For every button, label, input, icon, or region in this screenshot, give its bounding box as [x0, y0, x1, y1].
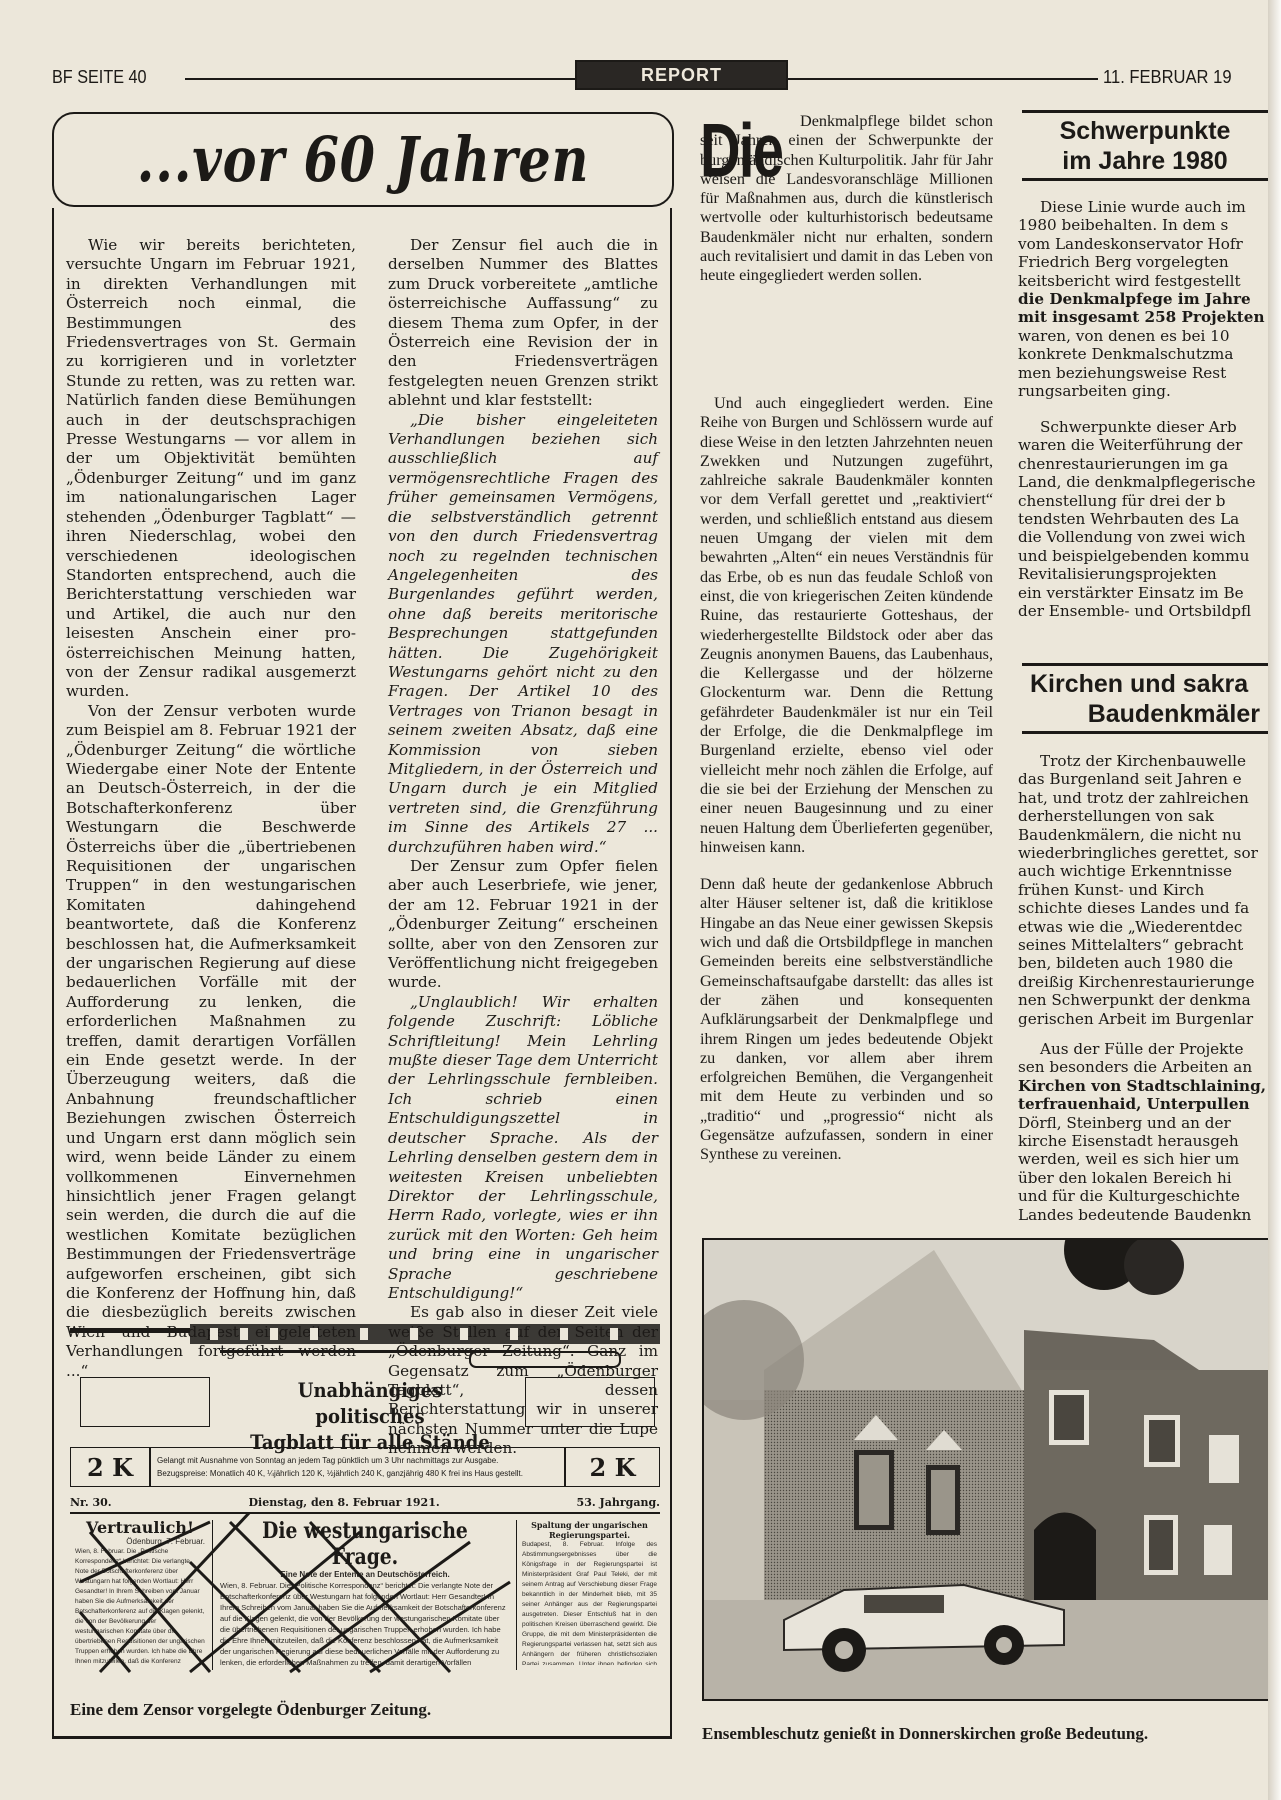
text-line: keitsbericht wird festgestellt [1018, 272, 1281, 290]
middle-article-lead: Denkmalpflege bildet schon seit Jahren e… [700, 112, 993, 286]
text-line: sen besonders die Arbeiten an [1018, 1058, 1281, 1076]
text-line: frühen Kunst- und Kirch [1018, 881, 1281, 899]
page-edge [1268, 0, 1281, 1800]
right-text-block-3: Trotz der Kirchenbauwelle das Burgenland… [1018, 752, 1281, 1028]
article-column-1: Wie wir bereits berichteten, versuchte U… [66, 236, 356, 1381]
issue-number: Nr. 30. [70, 1496, 112, 1509]
page-number: BF SEITE 40 [52, 67, 147, 88]
text-line: nen Schwerpunkt der denkma [1018, 991, 1281, 1009]
frame-bottom-rule [52, 1736, 672, 1739]
heading-rule-bottom [1022, 178, 1268, 181]
text-line: Aus der Fülle der Projekte [1018, 1040, 1281, 1058]
heading-line: Baudenkmäler [1022, 699, 1268, 729]
publication-date: Dienstag, den 8. Februar 1921. [249, 1496, 440, 1509]
frame-left-rule [52, 208, 54, 1738]
text-line: derherstellungen von sak [1018, 807, 1281, 825]
volume: 53. Jahrgang. [577, 1496, 660, 1509]
text-line: auch wichtige Erkenntnisse [1018, 862, 1281, 880]
subtitle-line: Unabhängiges politisches [249, 1377, 492, 1429]
lead-text: Denkmalpflege bildet schon seit Jahren e… [700, 112, 993, 284]
text-line: das Burgenland seit Jahren e [1018, 770, 1281, 788]
text-line: die Vollendung von zwei wich [1018, 528, 1281, 546]
text-line: waren, von denen es bei 10 [1018, 327, 1281, 345]
paragraph: Und auch eingegliedert werden. Eine Reih… [700, 394, 993, 857]
censor-cross-out-marks [70, 1512, 520, 1677]
text-line: men beziehungsweise Rest [1018, 364, 1281, 382]
text-line: über den lokalen Bereich hi [1018, 1169, 1281, 1187]
text-line: terfrauenhaid, Unterpullen [1018, 1095, 1281, 1113]
text-line: Landes bedeutende Baudenkn [1018, 1206, 1281, 1224]
text-line: chenrestaurierungen im ga [1018, 455, 1281, 473]
price-right: 2 K [565, 1447, 660, 1487]
heading-line: Schwerpunkte [1022, 116, 1268, 146]
masthead-blackletter-graphic [70, 1322, 660, 1370]
text-line: die Denkmalpfege im Jahre [1018, 290, 1281, 308]
info-line: Gelangt mit Ausnahme von Sonntag an jede… [157, 1454, 558, 1467]
text-line: gerischen Arbeit im Burgenlar [1018, 1010, 1281, 1028]
text-line: konkrete Denkmalschutzma [1018, 345, 1281, 363]
delivery-info: Gelangt mit Ausnahme von Sonntag an jede… [150, 1447, 565, 1487]
paragraph: Der Zensur zum Opfer fielen aber auch Le… [388, 857, 658, 993]
text-line: Diese Linie wurde auch im [1018, 198, 1281, 216]
frame-right-rule [670, 208, 672, 1738]
text-line: kirche Eisenstadt herausgeh [1018, 1132, 1281, 1150]
right-text-block-4: Aus der Fülle der Projekte sen besonders… [1018, 1040, 1281, 1224]
column-c-heading: Spaltung der ungarischen Regierungsparte… [522, 1520, 657, 1540]
section-label: REPORT [641, 65, 722, 86]
article-title: ...vor 60 Jahren [137, 123, 590, 196]
text-line: mit insgesamt 258 Projekten b [1018, 308, 1281, 326]
paragraph: Denn daß heute der gedankenlose Abbruch … [700, 875, 993, 1164]
heading-line: Kirchen und sakra [1022, 669, 1268, 699]
text-line: Kirchen von Stadtschlaining, [1018, 1077, 1281, 1095]
building-with-car-photo [702, 1238, 1281, 1701]
heading-line: im Jahre 1980 [1022, 146, 1268, 176]
text-line: chenstellung für drei der b [1018, 492, 1281, 510]
section-label-box: REPORT [575, 60, 788, 90]
header-rule-left [185, 78, 575, 80]
text-line: Baudenkmälern, die nicht nu [1018, 826, 1281, 844]
right-text-block-1: Diese Linie wurde auch im 1980 beibehalt… [1018, 198, 1281, 400]
article-column-2: Der Zensur fiel auch die in derselben Nu… [388, 236, 658, 1459]
text-line: hat, und trotz der zahlreichen [1018, 789, 1281, 807]
text-line: ein verstärkter Einsatz im Be [1018, 584, 1281, 602]
censored-newspaper-facsimile: Unabhängiges politisches Tagblatt für al… [70, 1322, 660, 1697]
text-line: und beispielgebenden kommu [1018, 547, 1281, 565]
paragraph: Der Zensur fiel auch die in derselben Nu… [388, 236, 658, 411]
section-heading-kirchen: Kirchen und sakra Baudenkmäler [1022, 669, 1268, 729]
masthead-right-box [525, 1377, 655, 1427]
masthead-left-box [80, 1377, 210, 1427]
heading-rule-bottom [1022, 731, 1268, 734]
paragraph: Wie wir bereits berichteten, versuchte U… [66, 236, 356, 702]
text-line: 1980 beibehalten. In dem s [1018, 216, 1281, 234]
text-line: waren die Weiterführung der [1018, 436, 1281, 454]
lead-paragraph: Denkmalpflege bildet schon seit Jahren e… [700, 112, 993, 286]
text-line: Dörfl, Steinberg und an der [1018, 1114, 1281, 1132]
text-line: wiederbringliches gerettet, sor [1018, 844, 1281, 862]
info-line: Bezugspreise: Monatlich 40 K, ¼jährlich … [157, 1467, 558, 1480]
facsimile-caption: Eine dem Zensor vorgelegte Ödenburger Ze… [70, 1700, 431, 1720]
article-title-box: ...vor 60 Jahren [52, 112, 674, 207]
text-line: Trotz der Kirchenbauwelle [1018, 752, 1281, 770]
quote-paragraph: „Unglaublich! Wir erhalten folgende Zusc… [388, 993, 658, 1304]
text-line: schichte dieses Landes und fa [1018, 899, 1281, 917]
paragraph: Von der Zensur verboten wurde zum Beispi… [66, 702, 356, 1381]
photo-caption: Ensembleschutz genießt in Donnerskirchen… [702, 1724, 1148, 1744]
dateline: Nr. 30. Dienstag, den 8. Februar 1921. 5… [70, 1492, 660, 1514]
middle-article-body: Und auch eingegliedert werden. Eine Reih… [700, 394, 993, 1165]
text-line: Land, die denkmalpflegerische [1018, 473, 1281, 491]
header-rule-right [788, 78, 1098, 80]
text-line: und für die Kulturgeschichte [1018, 1187, 1281, 1205]
text-line: Friedrich Berg vorgelegten [1018, 253, 1281, 271]
heading-rule-top [1022, 663, 1268, 666]
text-line: Schwerpunkte dieser Arb [1018, 418, 1281, 436]
text-line: werden, weil es sich hier um [1018, 1150, 1281, 1168]
text-line: vom Landeskonservator Hofr [1018, 235, 1281, 253]
column-c: Spaltung der ungarischen Regierungsparte… [522, 1520, 657, 1670]
text-line: seines Mittelalters“ gebracht [1018, 936, 1281, 954]
text-line: der Ensemble- und Ortsbildpfl [1018, 602, 1281, 620]
right-text-block-2: Schwerpunkte dieser Arb waren die Weiter… [1018, 418, 1281, 620]
section-heading-schwerpunkte: Schwerpunkte im Jahre 1980 [1022, 116, 1268, 176]
text-line: tendsten Wehrbauten des La [1018, 510, 1281, 528]
masthead-subtitle: Unabhängiges politisches Tagblatt für al… [249, 1377, 492, 1455]
photo-illustration [704, 1240, 1281, 1701]
heading-rule-top [1022, 110, 1268, 113]
text-line: dreißig Kirchenrestaurierunge [1018, 973, 1281, 991]
quote-paragraph: „Die bisher eingeleiteten Verhandlungen … [388, 411, 658, 857]
text-line: Revitalisierungsprojekten [1018, 565, 1281, 583]
price-left: 2 K [70, 1447, 150, 1487]
issue-date: 11. FEBRUAR 19 [1103, 67, 1232, 88]
text-line: rungsarbeiten ging. [1018, 382, 1281, 400]
text-line: etwas wie die „Wiederentdec [1018, 918, 1281, 936]
text-line: ben, bildeten auch 1980 die [1018, 954, 1281, 972]
column-c-text: Budapest, 8. Februar. Infolge des Abstim… [522, 1540, 657, 1665]
